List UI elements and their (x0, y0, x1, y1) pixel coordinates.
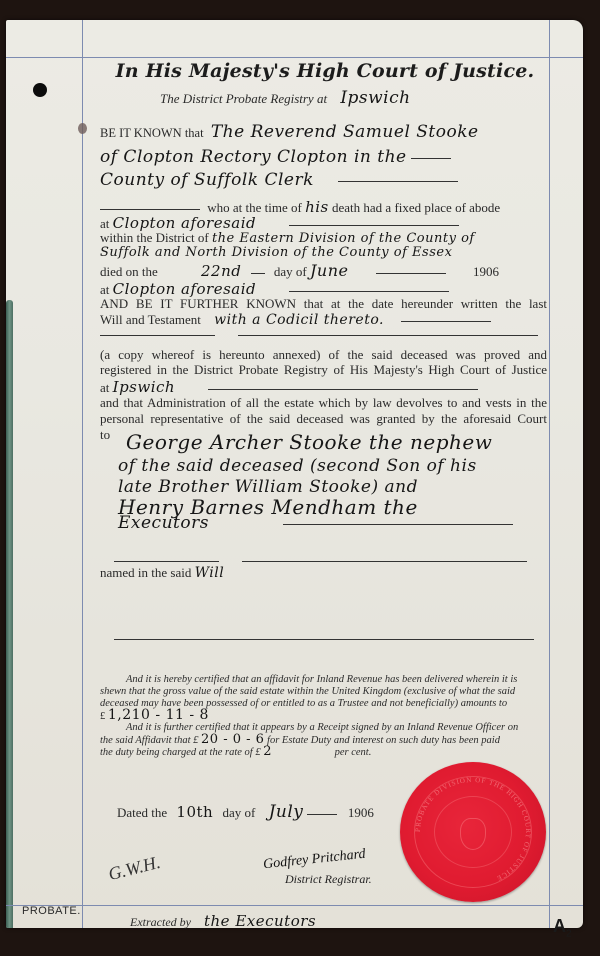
will-label: Will and Testament (100, 312, 201, 327)
copy-line: (a copy whereof is hereunto annexed) of … (100, 347, 547, 363)
registered-at-place: Ipswich (113, 378, 175, 396)
deceased-address-2: County of Suffolk Clerk (100, 170, 314, 190)
dated-day-of: day of (222, 805, 255, 820)
grantee-1: George Archer Stooke the nephew (126, 430, 492, 454)
deceased-address-1: of Clopton Rectory Clopton in the (100, 147, 407, 167)
day-of-label: day of (274, 264, 307, 279)
seal-inscription: PROBATE DIVISION OF THE HIGH COURT OF JU… (400, 762, 546, 902)
grantees-3: late Brother William Stooke) and (118, 477, 418, 497)
left-margin-rule (82, 20, 83, 928)
district-value-2: Suffolk and North Division of the County… (100, 245, 452, 260)
will-blank-line (100, 326, 547, 342)
grantees-line-2: of the said deceased (second Son of his (118, 456, 565, 476)
admin-line-1: and that Administration of all the estat… (100, 395, 547, 411)
grantees-line-3: late Brother William Stooke) and (118, 477, 565, 497)
further-certified-2-post: for Estate Duty and interest on such dut… (267, 735, 500, 746)
duty-rate: 2 (263, 744, 272, 759)
registry-line: The District Probate Registry at Ipswich (160, 88, 411, 108)
form-code: A2 (553, 916, 572, 940)
extracted-value: the Executors (204, 912, 316, 930)
further-certified-3: the duty being charged at the rate of £ … (100, 746, 547, 759)
certified-line-1: And it is hereby certified that an affid… (100, 674, 547, 686)
registered-at-label: at (100, 380, 109, 395)
died-year: 1906 (473, 264, 499, 279)
duty-amount: 20 - 0 - 6 (201, 732, 264, 747)
district-line-2: Suffolk and North Division of the County… (100, 244, 547, 260)
known-line: BE IT KNOWN that The Reverend Samuel Sto… (100, 122, 547, 142)
known-label: BE IT KNOWN that (100, 126, 204, 140)
form-code-sub: 2 (566, 929, 572, 940)
died-day: 22nd (201, 262, 241, 280)
died-month: June (310, 261, 349, 280)
registered-at-line: at Ipswich (100, 378, 547, 396)
svg-text:PROBATE DIVISION OF THE HIGH C: PROBATE DIVISION OF THE HIGH COURT OF JU… (414, 776, 532, 883)
further-known-line: AND BE IT FURTHER KNOWN that at the date… (100, 296, 547, 312)
admin-line-2: personal representative of the said dece… (100, 411, 547, 427)
registry-place: Ipswich (340, 88, 410, 108)
further-certified-3-pre: the duty being charged at the rate of £ (100, 747, 261, 758)
certified-line-2: shewn that the gross value of the said e… (100, 686, 547, 698)
gross-value: 1,210 - 11 - 8 (108, 707, 209, 723)
blank-line-2 (100, 630, 547, 646)
named-label: named in the said (100, 565, 191, 580)
form-code-letter: A (553, 916, 566, 936)
grantees-line-1: George Archer Stooke the nephew (126, 430, 573, 455)
district-label: within the District of (100, 230, 209, 245)
footer-rule (6, 905, 583, 906)
abode-text-post: death had a fixed place of abode (332, 200, 500, 215)
dated-year: 1906 (348, 805, 374, 820)
header-rule (6, 57, 583, 58)
dated-month: July (269, 802, 304, 822)
punch-hole (33, 83, 47, 97)
grantees-line-5: Executors (118, 513, 565, 533)
dated-day: 10th (176, 803, 213, 821)
binding-ribbon (6, 300, 13, 928)
ink-stain (78, 123, 87, 134)
deceased-address-line-1: of Clopton Rectory Clopton in the (100, 147, 547, 167)
died-line: died on the 22nd day of June 1906 (100, 261, 547, 280)
died-at-label: at (100, 282, 109, 297)
further-certified-2-pre: the said Affidavit that £ (100, 735, 198, 746)
deceased-name: The Reverend Samuel Stooke (211, 122, 479, 142)
footer-probate-label: PROBATE. (22, 905, 81, 917)
grantees-role: Executors (118, 513, 209, 533)
died-label: died on the (100, 264, 158, 279)
abode-text-pre: who at the time of (207, 200, 302, 215)
grantees-2: of the said deceased (second Son of his (118, 456, 477, 476)
seal-outer-text: PROBATE DIVISION OF THE HIGH COURT OF JU… (414, 776, 532, 883)
registered-line: registered in the District Probate Regis… (100, 362, 547, 378)
extracted-line: Extracted by the Executors (130, 912, 316, 930)
deceased-address-line-2: County of Suffolk Clerk (100, 170, 547, 190)
registry-label: The District Probate Registry at (160, 91, 327, 106)
named-value: Will (195, 565, 225, 581)
named-line: named in the said Will (100, 565, 547, 581)
gross-value-line: £ 1,210 - 11 - 8 (100, 709, 547, 723)
per-cent: per cent. (335, 747, 372, 758)
wax-seal: PROBATE DIVISION OF THE HIGH COURT OF JU… (400, 762, 546, 902)
extracted-label: Extracted by (130, 915, 191, 929)
further-certified-1: And it is further certified that it appe… (100, 722, 547, 734)
at-label: at (100, 216, 109, 231)
court-title: In His Majesty's High Court of Justice. (100, 60, 550, 82)
registrar-title: District Registrar. (285, 872, 372, 887)
dated-label: Dated the (117, 805, 167, 820)
gross-value-prefix: £ (100, 711, 105, 722)
